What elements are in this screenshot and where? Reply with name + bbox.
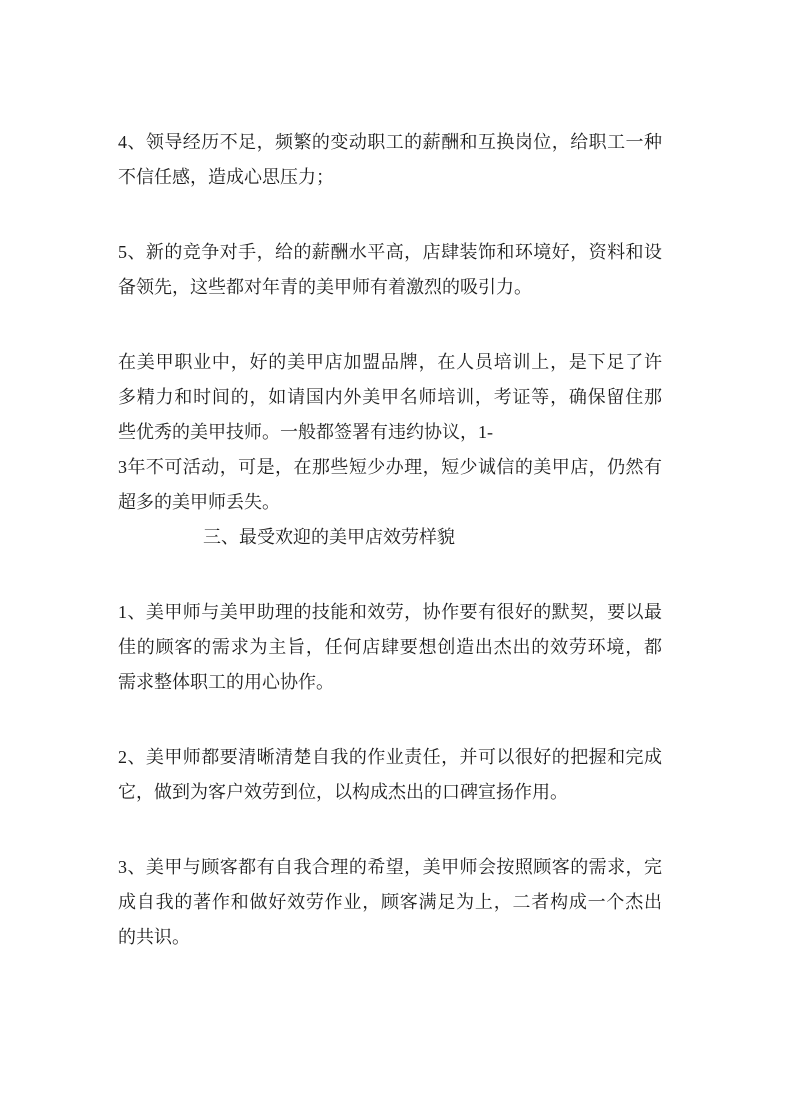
text-line: 3年不可活动，可是，在那些短少办理，短少诚信的美甲店，仍然有 [118, 450, 662, 485]
text-line: 的共识。 [118, 920, 662, 955]
text-line: 1、美甲师与美甲助理的技能和效劳，协作要有很好的默契，要以最 [118, 595, 662, 630]
text-line: 备领先，这些都对年青的美甲师有着激烈的吸引力。 [118, 270, 662, 305]
paragraph: 在美甲职业中，好的美甲店加盟品牌，在人员培训上，是下足了许 多精力和时间的，如请… [118, 345, 662, 520]
paragraph: 4、领导经历不足，频繁的变动职工的薪酬和互换岗位，给职工一种 不信任感，造成心思… [118, 125, 662, 195]
text-line: 在美甲职业中，好的美甲店加盟品牌，在人员培训上，是下足了许 [118, 345, 662, 380]
section-heading: 三、最受欢迎的美甲店效劳样貌 [118, 520, 662, 555]
text-line: 超多的美甲师丢失。 [118, 485, 662, 520]
text-line: 不信任感，造成心思压力； [118, 160, 662, 195]
paragraph: 2、美甲师都要清晰清楚自我的作业责任，并可以很好的把握和完成 它，做到为客户效劳… [118, 740, 662, 810]
text-line: 多精力和时间的，如请国内外美甲名师培训，考证等，确保留住那 [118, 380, 662, 415]
text-line: 需求整体职工的用心协作。 [118, 665, 662, 700]
text-line: 成自我的著作和做好效劳作业，顾客满足为上，二者构成一个杰出 [118, 885, 662, 920]
text-line: 它，做到为客户效劳到位，以构成杰出的口碑宣扬作用。 [118, 775, 662, 810]
text-line: 2、美甲师都要清晰清楚自我的作业责任，并可以很好的把握和完成 [118, 740, 662, 775]
text-line: 3、美甲与顾客都有自我合理的希望，美甲师会按照顾客的需求，完 [118, 850, 662, 885]
text-line: 4、领导经历不足，频繁的变动职工的薪酬和互换岗位，给职工一种 [118, 125, 662, 160]
text-line: 佳的顾客的需求为主旨，任何店肆要想创造出杰出的效劳环境，都 [118, 630, 662, 665]
paragraph: 1、美甲师与美甲助理的技能和效劳，协作要有很好的默契，要以最 佳的顾客的需求为主… [118, 595, 662, 700]
text-line: 些优秀的美甲技师。一般都签署有违约协议，1- [118, 415, 662, 450]
text-line: 5、新的竞争对手，给的薪酬水平高，店肆装饰和环境好，资料和设 [118, 235, 662, 270]
document-page: 4、领导经历不足，频繁的变动职工的薪酬和互换岗位，给职工一种 不信任感，造成心思… [0, 0, 792, 1120]
text-content: 4、领导经历不足，频繁的变动职工的薪酬和互换岗位，给职工一种 不信任感，造成心思… [0, 0, 792, 955]
paragraph: 3、美甲与顾客都有自我合理的希望，美甲师会按照顾客的需求，完 成自我的著作和做好… [118, 850, 662, 955]
paragraph: 5、新的竞争对手，给的薪酬水平高，店肆装饰和环境好，资料和设 备领先，这些都对年… [118, 235, 662, 305]
section-heading-text: 三、最受欢迎的美甲店效劳样貌 [118, 520, 662, 555]
